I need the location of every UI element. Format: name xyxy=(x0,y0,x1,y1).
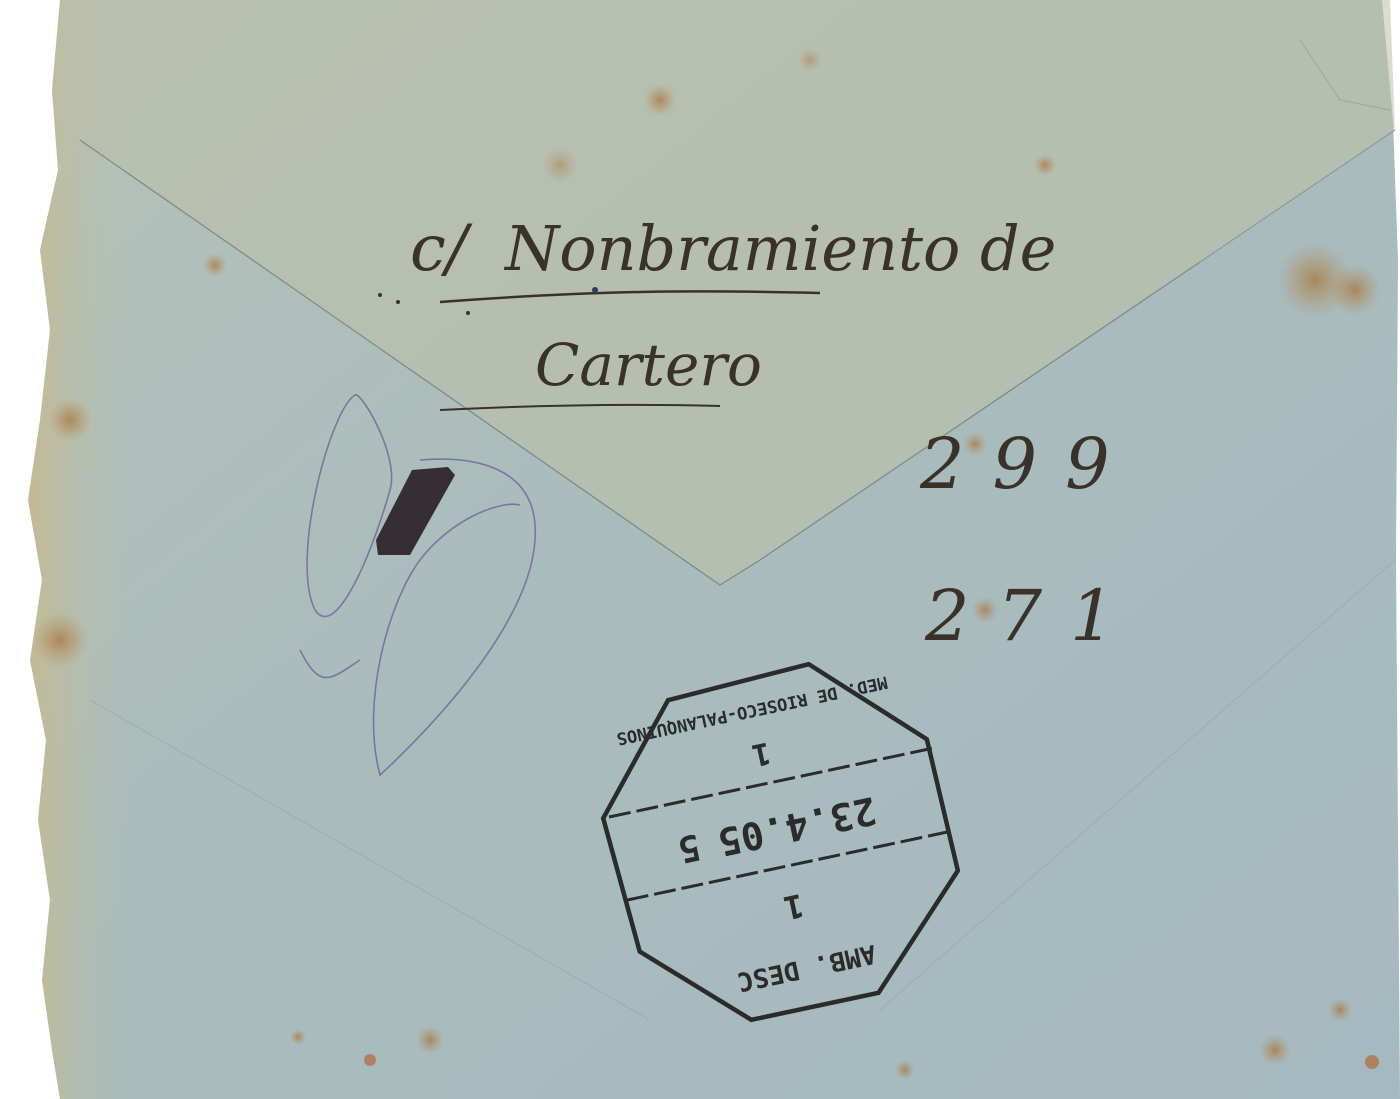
note-prefix: c/ xyxy=(410,212,473,286)
note-line-1: Nonbramiento de xyxy=(503,212,1056,285)
note-line-2: Cartero xyxy=(535,331,762,399)
envelope-photo: c/ Nonbramiento de Cartero 299 271 AMB. … xyxy=(0,0,1400,1099)
number-top: 299 xyxy=(919,423,1138,505)
number-bottom: 271 xyxy=(924,575,1143,657)
